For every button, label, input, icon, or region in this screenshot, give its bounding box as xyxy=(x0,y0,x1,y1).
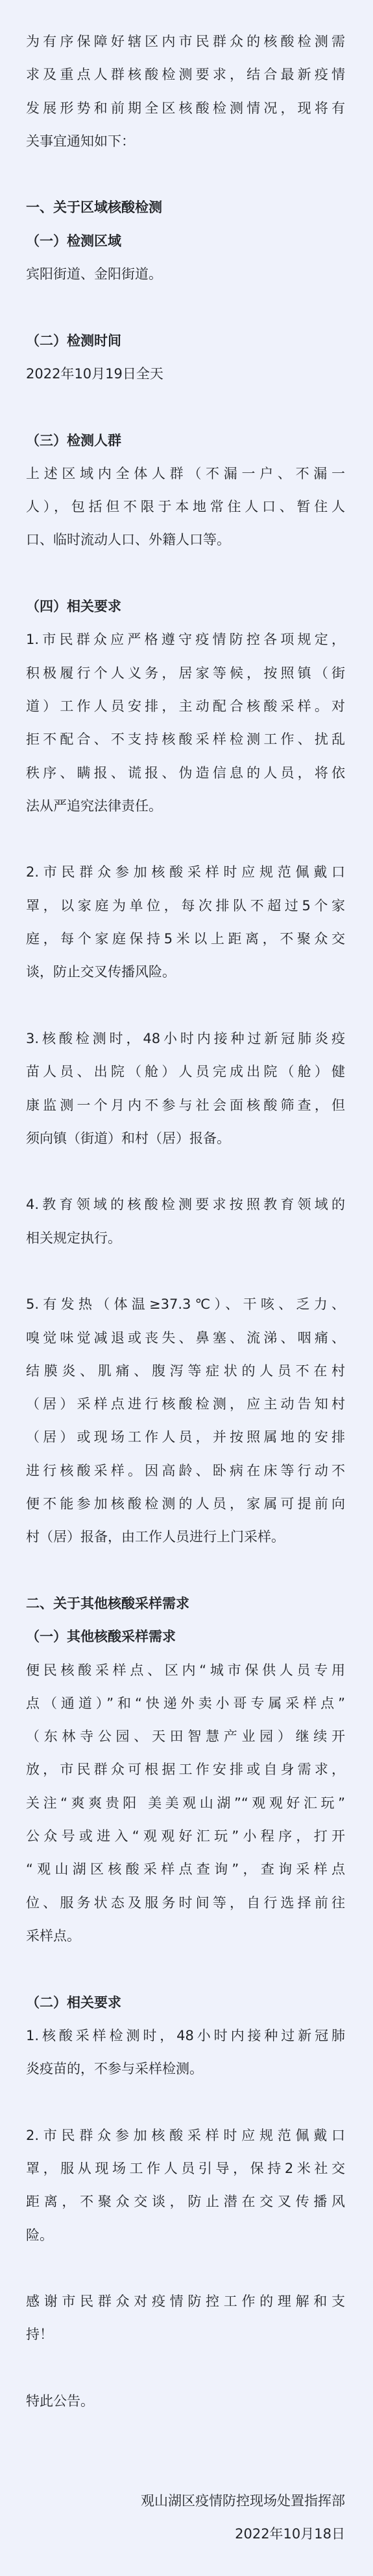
section-2-sub1-heading: （一）其他核酸采样需求 xyxy=(26,1620,345,1653)
sub1-line: 宾阳街道、金阳街道。 xyxy=(26,258,345,291)
requirement-item-3: 3.核酸检测时，48小时内接种过新冠肺炎疫 苗人员、出院（舱）人员完成出院（舱）… xyxy=(26,1022,345,1155)
item-line: 2.市民群众参加核酸采样时应规范佩戴口 xyxy=(26,856,345,889)
sub3-line: 人），包括但不限于本地常住人口、暂住人 xyxy=(26,490,345,523)
sub2-line: 2022年10月19日全天 xyxy=(26,358,345,391)
section-1-sub1-heading: （一）检测区域 xyxy=(26,225,345,258)
section-2-heading: 二、关于其他核酸采样需求 xyxy=(26,1587,345,1620)
item-line: 村（居）报备，由工作人员进行上门采样。 xyxy=(26,1521,345,1554)
requirement-item-4: 4.教育领域的核酸检测要求按照教育领域的 相关规定执行。 xyxy=(26,1188,345,1255)
spacer xyxy=(26,291,345,324)
item-line: 4.教育领域的核酸检测要求按照教育领域的 xyxy=(26,1188,345,1221)
para-line: “观山湖区核酸采样点查询”，查询采样点 xyxy=(26,1853,345,1886)
spacer xyxy=(26,2418,345,2451)
spacer xyxy=(26,1255,345,1288)
item-line: 距离，不聚众交谈，防止潜在交叉传播风 xyxy=(26,2185,345,2218)
intro-line: 关事宜通知如下： xyxy=(26,125,345,158)
item-line: 秩序、瞒报、谎报、伪造信息的人员，将依 xyxy=(26,757,345,790)
item-line: 1.市民群众应严格遵守疫情防控各项规定， xyxy=(26,623,345,656)
item-line: 须向镇（街道）和村（居）报备。 xyxy=(26,1122,345,1155)
signature-date: 2022年10月18日 xyxy=(26,2518,345,2551)
item-line: 1.核酸采样检测时，48小时内接种过新冠肺 xyxy=(26,2019,345,2053)
spacer xyxy=(26,1554,345,1587)
spacer xyxy=(26,2352,345,2385)
item-line: 罩，以家庭为单位，每次排队不超过5个家 xyxy=(26,890,345,923)
closing-line: 感谢市民群众对疫情防控工作的理解和支 xyxy=(26,2285,345,2318)
item-line: 道）工作人员安排，主动配合核酸采样。对 xyxy=(26,690,345,723)
item-line: 谈，防止交叉传播风险。 xyxy=(26,956,345,989)
para-line: 便民核酸采样点、区内“城市保供人员专用 xyxy=(26,1654,345,1687)
section-2-sub2-heading: （二）相关要求 xyxy=(26,1986,345,2019)
item-line: 庭，每个家庭保持5米以上距离，不聚众交 xyxy=(26,923,345,956)
spacer xyxy=(26,823,345,856)
item-line: 法从严追究法律责任。 xyxy=(26,790,345,823)
signature-org: 观山湖区疫情防控现场处置指挥部 xyxy=(26,2485,345,2518)
item-line: 苗人员、出院（舱）人员完成出院（舱）健 xyxy=(26,1055,345,1088)
item-line: （居）采样点进行核酸检测，应主动告知村 xyxy=(26,1388,345,1421)
spacer xyxy=(26,557,345,590)
spacer xyxy=(26,158,345,191)
notice-text: 特此公告。 xyxy=(26,2385,345,2418)
closing-line: 持！ xyxy=(26,2318,345,2351)
para-line: （东林寺公园、天田智慧产业园）继续开 xyxy=(26,1720,345,1753)
intro-paragraph: 为有序保障好辖区内市民群众的核酸检测需 求及重点人群核酸检测要求，结合最新疫情 … xyxy=(26,25,345,158)
intro-line: 发展形势和前期全区核酸检测情况，现将有 xyxy=(26,92,345,125)
section-1-heading: 一、关于区域核酸检测 xyxy=(26,191,345,224)
para-line: 点（通道）”和“快递外卖小哥专属采样点” xyxy=(26,1687,345,1720)
sub3-line: 上述区域内全体人群（不漏一户、不漏一 xyxy=(26,457,345,490)
item-line: 罩，服从现场工作人员引导，保持2米社交 xyxy=(26,2152,345,2185)
closing-paragraph: 感谢市民群众对疫情防控工作的理解和支 持！ xyxy=(26,2285,345,2352)
item-line: 积极履行个人义务，居家等候，按照镇（街 xyxy=(26,657,345,690)
para-line: 位、服务状态及服务时间等，自行选择前往 xyxy=(26,1887,345,1920)
spacer xyxy=(26,391,345,424)
item-line: 2.市民群众参加核酸采样时应规范佩戴口 xyxy=(26,2119,345,2152)
section-1-sub3-heading: （三）检测人群 xyxy=(26,424,345,457)
item-line: 炎疫苗的，不参与采样检测。 xyxy=(26,2053,345,2086)
para-line: 公众号或进入“观观好汇玩”小程序，打开 xyxy=(26,1820,345,1853)
item-line: （居）或现场工作人员，并按照属地的安排 xyxy=(26,1421,345,1454)
section-1-sub4-heading: （四）相关要求 xyxy=(26,590,345,623)
requirement-item-1: 1.核酸采样检测时，48小时内接种过新冠肺 炎疫苗的，不参与采样检测。 xyxy=(26,2019,345,2086)
section-1-sub2-heading: （二）检测时间 xyxy=(26,325,345,358)
item-line: 拒不配合、不支持核酸采样检测工作、扰乱 xyxy=(26,723,345,756)
item-line: 便不能参加核酸检测的人员，家属可提前向 xyxy=(26,1488,345,1521)
spacer xyxy=(26,1953,345,1986)
spacer xyxy=(26,1155,345,1188)
para-line: 关注“爽爽贵阳 美美观山湖”“观观好汇玩” xyxy=(26,1787,345,1820)
item-line: 嗅觉味觉减退或丧失、鼻塞、流涕、咽痛、 xyxy=(26,1322,345,1355)
intro-line: 为有序保障好辖区内市民群众的核酸检测需 xyxy=(26,25,345,58)
spacer xyxy=(26,2086,345,2119)
intro-line: 求及重点人群核酸检测要求，结合最新疫情 xyxy=(26,58,345,91)
requirement-item-5: 5.有发热（体温≥37.3℃）、干咳、乏力、 嗅觉味觉减退或丧失、鼻塞、流涕、咽… xyxy=(26,1288,345,1554)
sampling-points-paragraph: 便民核酸采样点、区内“城市保供人员专用 点（通道）”和“快递外卖小哥专属采样点”… xyxy=(26,1654,345,1953)
announcement-document: 为有序保障好辖区内市民群众的核酸检测需 求及重点人群核酸检测要求，结合最新疫情 … xyxy=(0,0,373,2551)
requirement-item-2: 2.市民群众参加核酸采样时应规范佩戴口 罩，以家庭为单位，每次排队不超过5个家 … xyxy=(26,856,345,989)
requirement-item-1: 1.市民群众应严格遵守疫情防控各项规定， 积极履行个人义务，居家等候，按照镇（街… xyxy=(26,623,345,823)
requirement-item-2: 2.市民群众参加核酸采样时应规范佩戴口 罩，服从现场工作人员引导，保持2米社交 … xyxy=(26,2119,345,2252)
item-line: 险。 xyxy=(26,2219,345,2252)
para-line: 放，市民群众可根据工作安排或自身需求， xyxy=(26,1753,345,1786)
item-line: 进行核酸采样。因高龄、卧病在床等行动不 xyxy=(26,1455,345,1488)
spacer xyxy=(26,2452,345,2485)
item-line: 康监测一个月内不参与社会面核酸筛查，但 xyxy=(26,1089,345,1122)
spacer xyxy=(26,989,345,1022)
sub3-line: 口、临时流动人口、外籍人口等。 xyxy=(26,523,345,557)
item-line: 相关规定执行。 xyxy=(26,1222,345,1255)
spacer xyxy=(26,2252,345,2285)
item-line: 3.核酸检测时，48小时内接种过新冠肺炎疫 xyxy=(26,1022,345,1055)
item-line: 结膜炎、肌痛、腹泻等症状的人员不在村 xyxy=(26,1355,345,1388)
item-line: 5.有发热（体温≥37.3℃）、干咳、乏力、 xyxy=(26,1288,345,1321)
para-line: 采样点。 xyxy=(26,1920,345,1953)
